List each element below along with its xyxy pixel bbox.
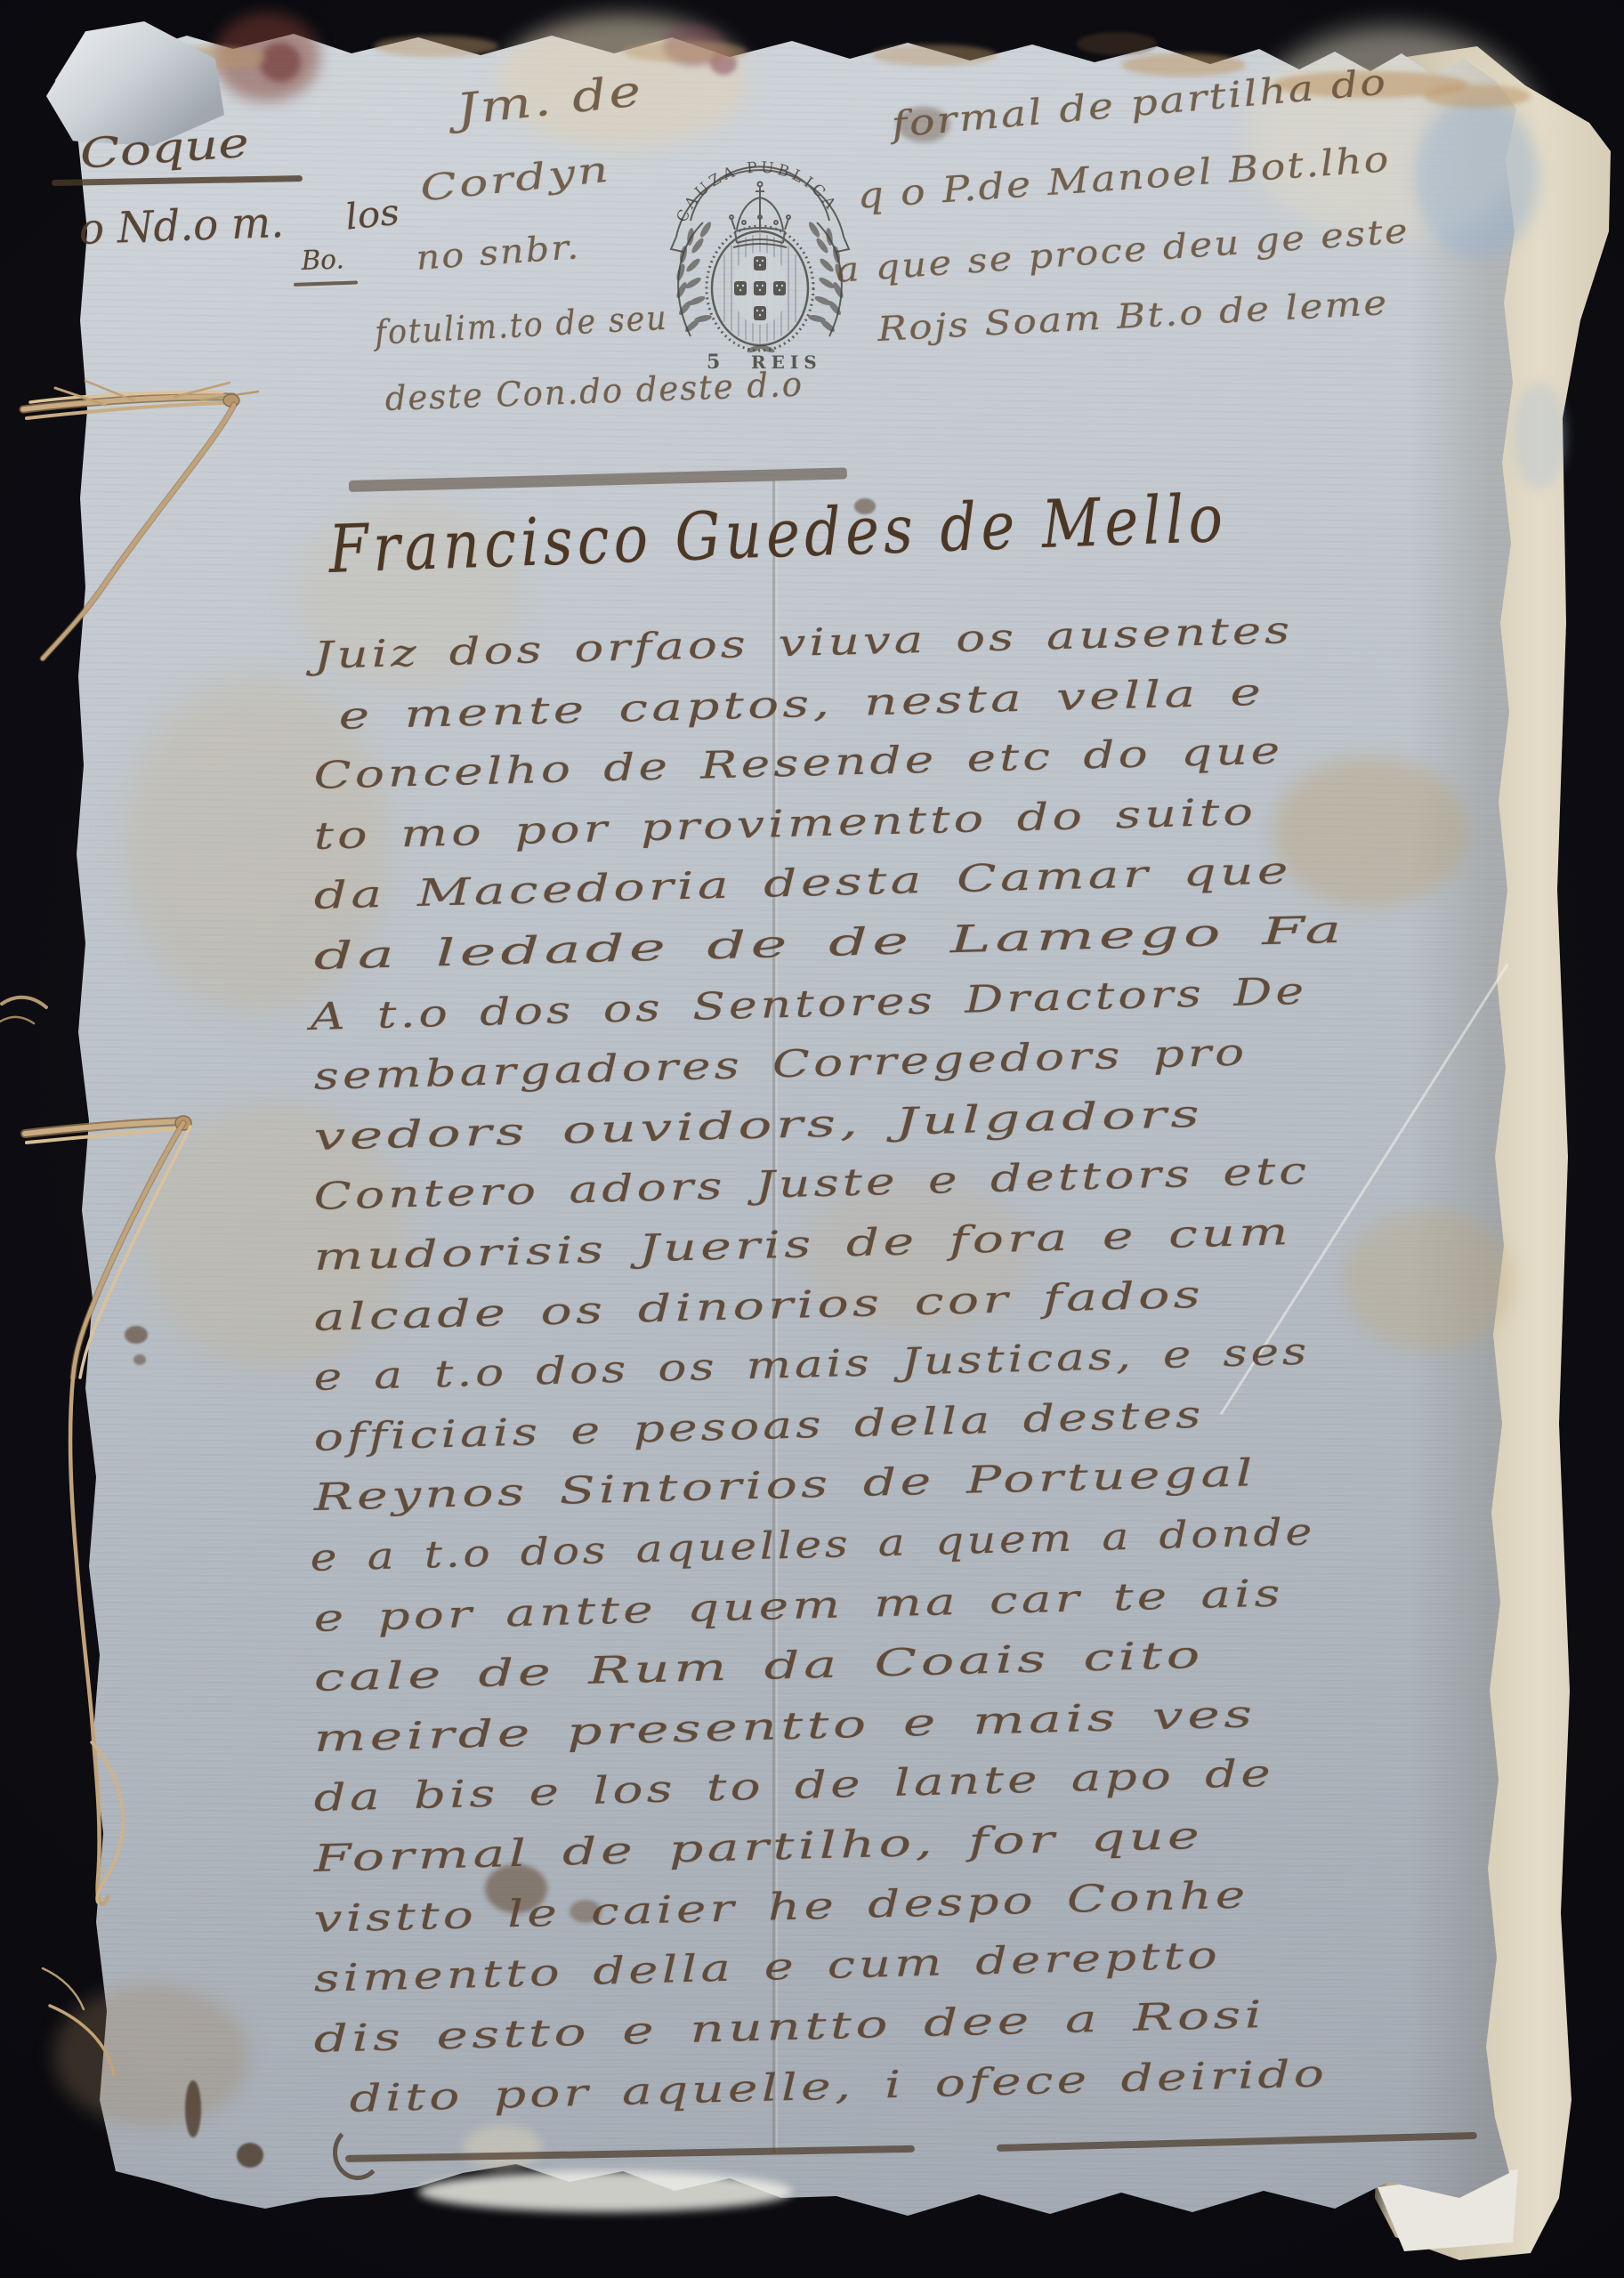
- binding-twine: [0, 0, 1624, 2278]
- twine-top-bundle: [23, 381, 258, 658]
- twine-loose-end: [0, 998, 46, 1023]
- photograph-scene: CAUZA PUBLICA 5 REIS Coqueo Nd.o m.losBo…: [0, 0, 1624, 2278]
- twine-middle-bundle: [25, 1116, 191, 2075]
